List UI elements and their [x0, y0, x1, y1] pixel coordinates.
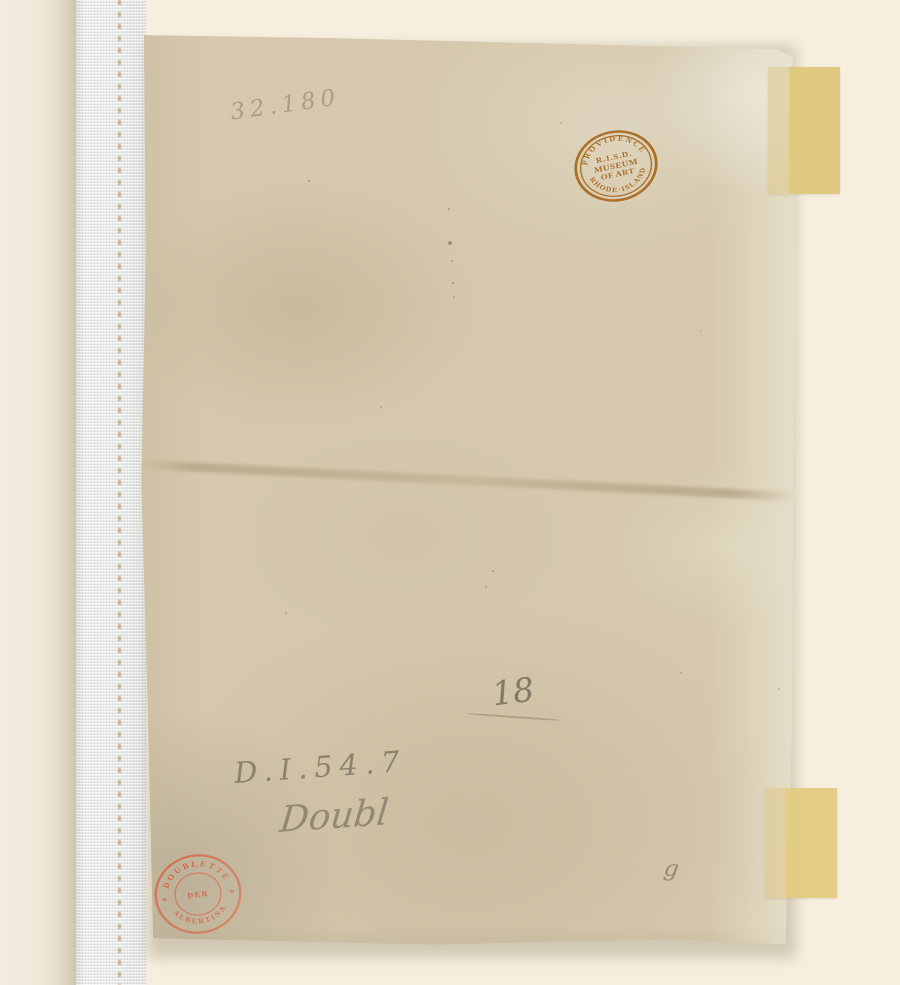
fabric-binding-strip [76, 0, 146, 985]
stamp-star-right-icon: * [229, 888, 235, 899]
sheet-number-inscription: 18 [490, 670, 536, 714]
stitch-seam [118, 0, 121, 985]
horizontal-crease [140, 460, 800, 501]
tape-remnant-top [768, 67, 840, 194]
albertina-doublette-stamp: DOUBLETTE DER ALBERTINA * * [147, 847, 249, 942]
tape-remnant-bottom [765, 788, 837, 898]
stamp-star-left-icon: * [161, 896, 167, 907]
stamp-center: DER [187, 889, 209, 900]
artwork-verso-photograph: 32.180 18 D.I.54.7 Doubl g PROVIDENCE R.… [0, 0, 900, 985]
drawing-verso-sheet [140, 30, 800, 952]
annotation-word-inscription: Doubl [278, 792, 390, 841]
album-page-edge [0, 0, 76, 985]
